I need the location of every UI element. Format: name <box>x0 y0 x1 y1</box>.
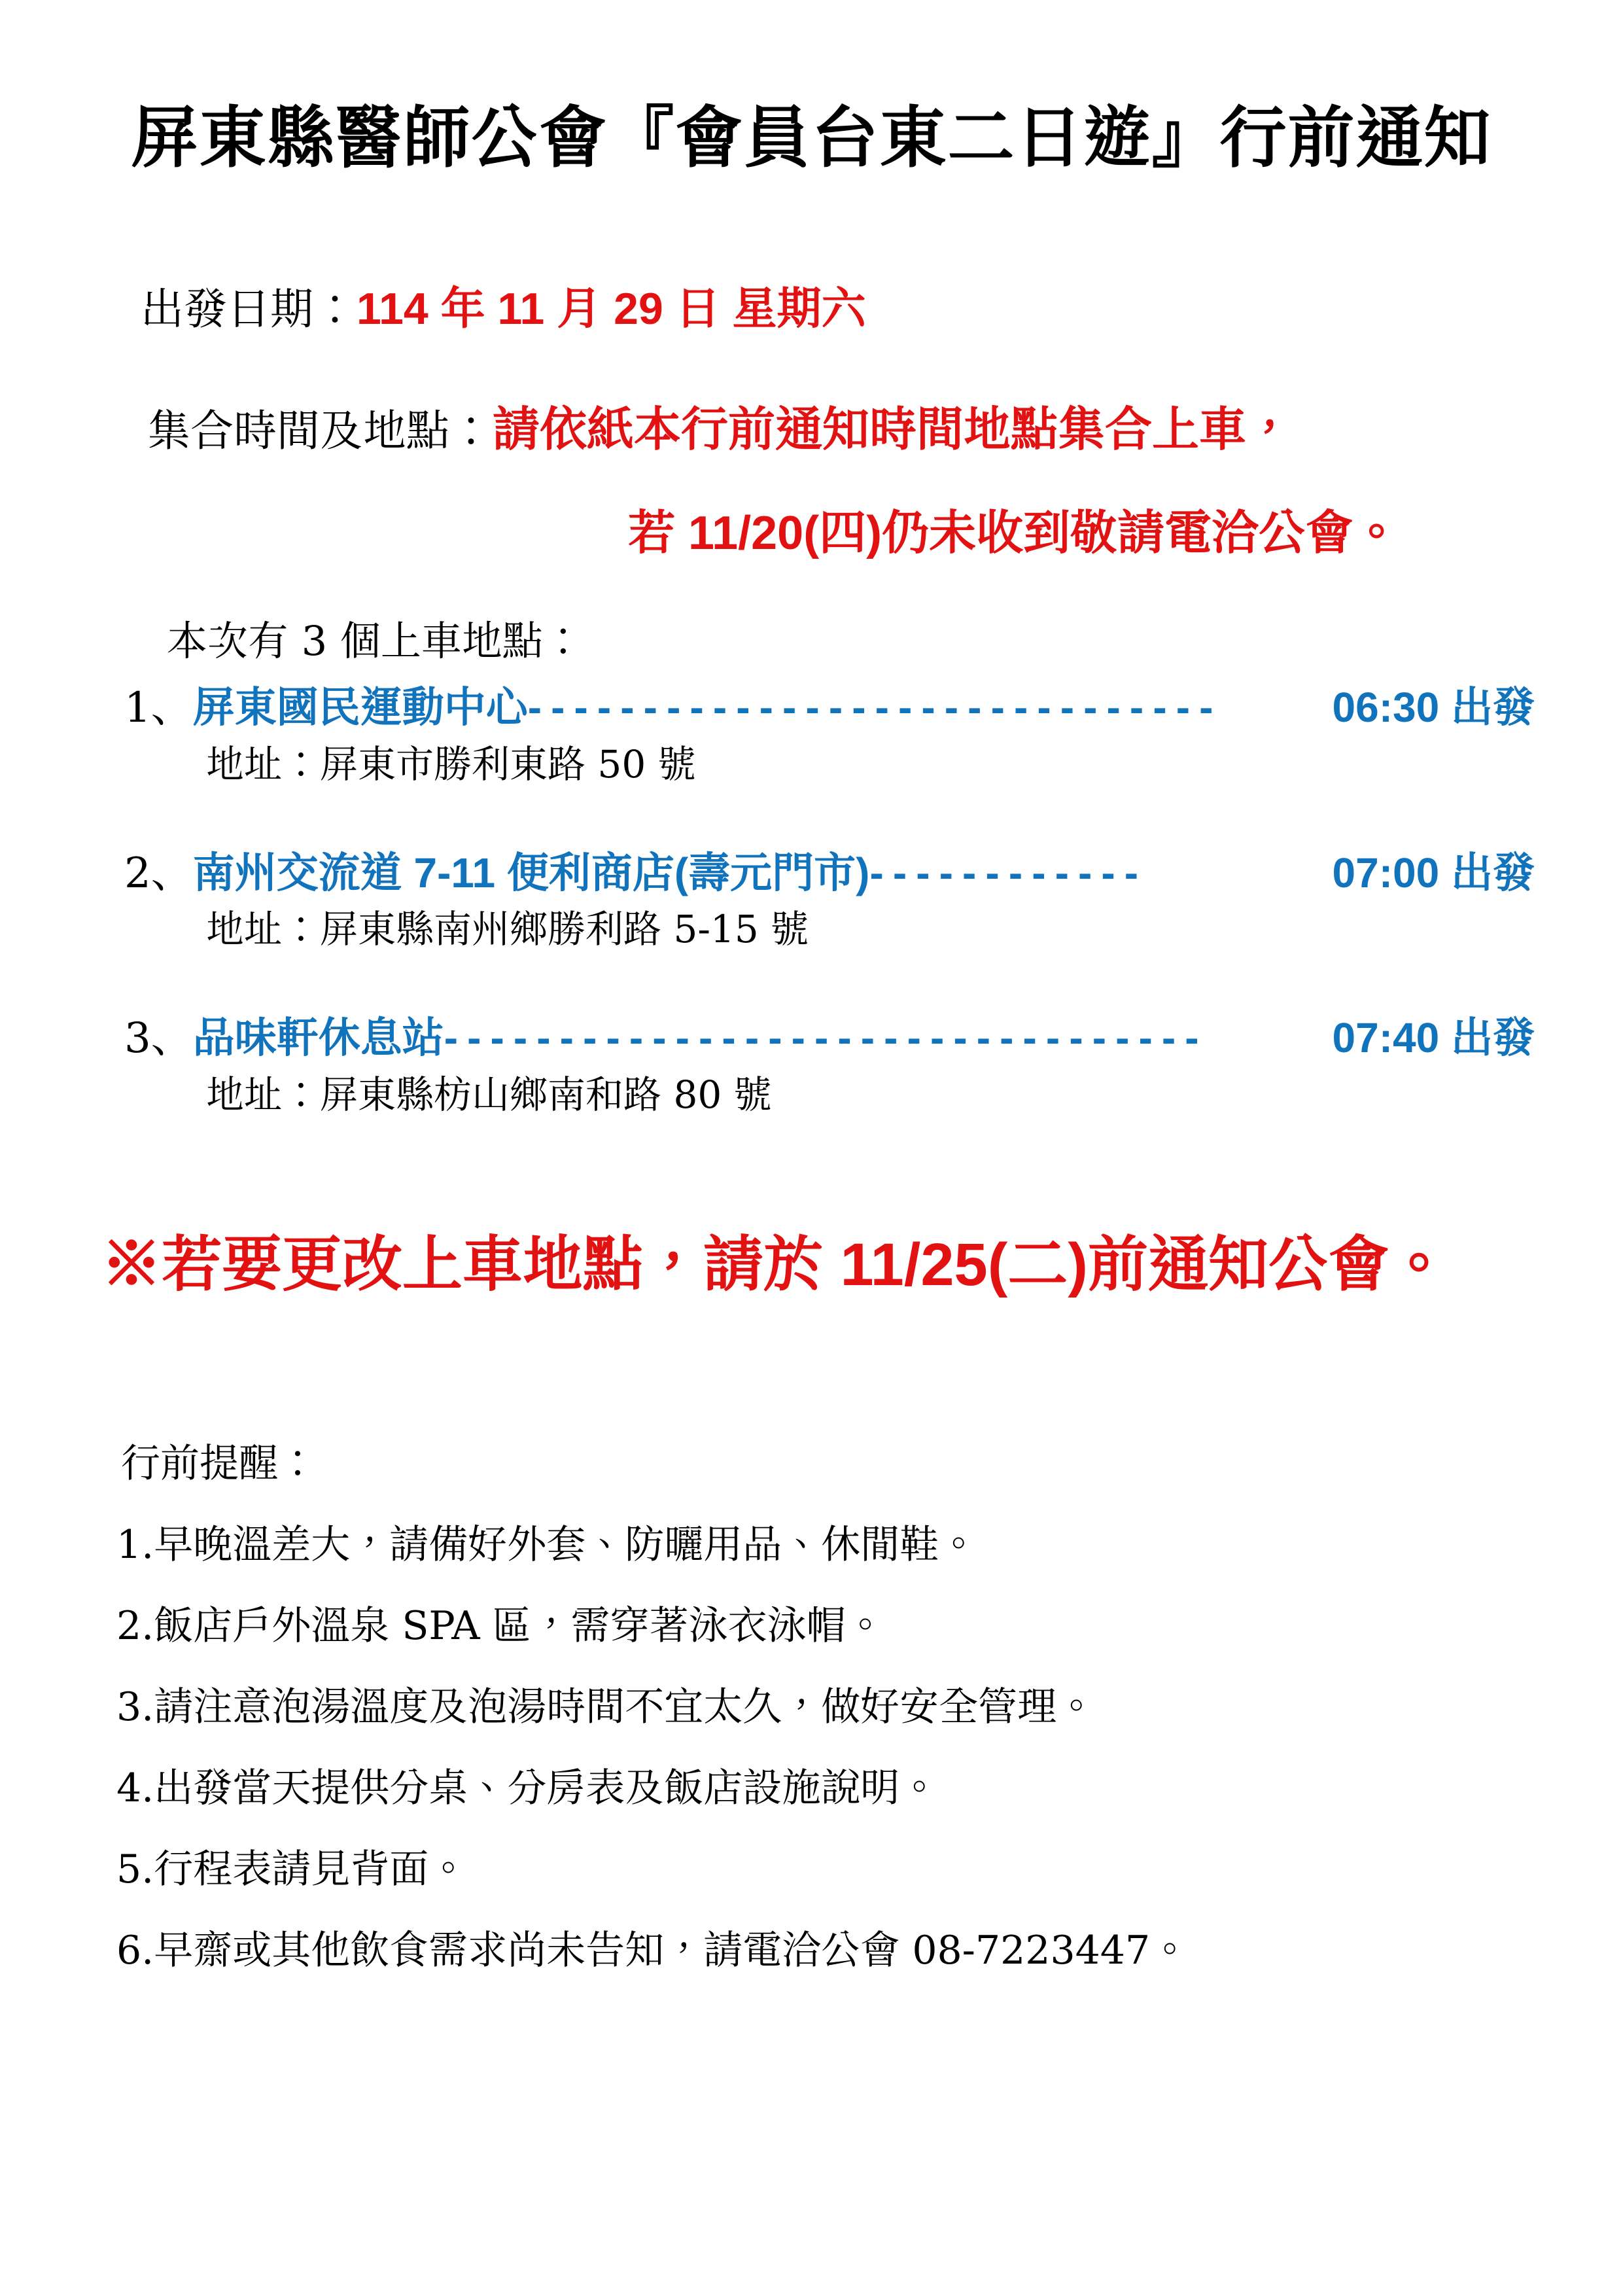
pickup-point-3-leader: --------------------------------- <box>444 1013 1333 1063</box>
pickup-point-2-time: 07:00 出發 <box>1333 848 1535 898</box>
notice-document: 屏東縣醫師公會『會員台東二日遊』行前通知 出發日期：114 年 11 月 29 … <box>0 0 1623 2296</box>
pickup-point-2-number: 2、 <box>124 849 193 899</box>
meeting-info-row: 集合時間及地點：請依紙本行前通知時間地點集合上車， <box>147 402 1623 458</box>
reminder-item-2: 2.飯店戶外溫泉 SPA 區，需穿著泳衣泳帽。 <box>116 1602 1623 1650</box>
pickup-point-3-name: 品味軒休息站 <box>193 1013 444 1063</box>
reminder-item-3: 3.請注意泡湯溫度及泡湯時間不宜太久，做好安全管理。 <box>116 1684 1623 1731</box>
pickup-point-3-number: 3、 <box>124 1014 193 1064</box>
meeting-label: 集合時間及地點： <box>147 406 493 456</box>
departure-date-value: 114 年 11 月 29 日 星期六 <box>357 284 866 334</box>
page-title: 屏東縣醫師公會『會員台東二日遊』行前通知 <box>0 0 1623 178</box>
pickup-point-2-line: 2、南州交流道 7-11 便利商店(壽元門市)------------07:00… <box>124 848 1535 899</box>
reminder-item-1: 1.早晚溫差大，請備好外套、防曬用品、休閒鞋。 <box>116 1521 1623 1568</box>
meeting-instruction-line1: 請依紙本行前通知時間地點集合上車， <box>493 404 1293 456</box>
pickup-count-intro: 本次有 3 個上車地點： <box>167 617 1623 665</box>
change-pickup-notice: ※若要更改上車地點，請於 11/25(二)前通知公會。 <box>101 1229 1623 1301</box>
pickup-point-2-address: 地址：屏東縣南州鄉勝利路 5-15 號 <box>206 907 1623 953</box>
pickup-point-1-time: 06:30 出發 <box>1333 682 1535 733</box>
departure-date-label: 出發日期： <box>141 284 357 334</box>
pickup-point-2-leader: ------------ <box>869 848 1332 898</box>
reminders-header: 行前提醒： <box>121 1440 1623 1487</box>
meeting-instruction-line2: 若 11/20(四)仍未收到敬請電洽公會。 <box>628 507 1400 559</box>
pickup-point-1-line: 1、屏東國民運動中心------------------------------… <box>124 682 1535 733</box>
reminder-item-5: 5.行程表請見背面。 <box>116 1846 1623 1893</box>
departure-date-row: 出發日期：114 年 11 月 29 日 星期六 <box>141 283 1623 336</box>
pickup-point-2-name: 南州交流道 7-11 便利商店(壽元門市) <box>193 848 870 898</box>
pickup-point-1-address: 地址：屏東市勝利東路 50 號 <box>206 742 1623 788</box>
pickup-point-3-time: 07:40 出發 <box>1333 1013 1535 1063</box>
pickup-point-1-name: 屏東國民運動中心 <box>193 682 528 733</box>
meeting-instruction-row2: 若 11/20(四)仍未收到敬請電洽公會。 <box>628 505 1623 561</box>
pickup-point-1-number: 1、 <box>124 683 193 733</box>
reminder-item-6: 6.早齋或其他飲食需求尚未告知，請電洽公會 08-7223447。 <box>116 1927 1623 1974</box>
pickup-point-3-line: 3、品味軒休息站--------------------------------… <box>124 1013 1535 1064</box>
pickup-point-3-address: 地址：屏東縣枋山鄉南和路 80 號 <box>206 1072 1623 1118</box>
pickup-point-1-leader: ------------------------------ <box>528 682 1333 733</box>
reminder-item-4: 4.出發當天提供分桌、分房表及飯店設施說明。 <box>116 1765 1623 1812</box>
